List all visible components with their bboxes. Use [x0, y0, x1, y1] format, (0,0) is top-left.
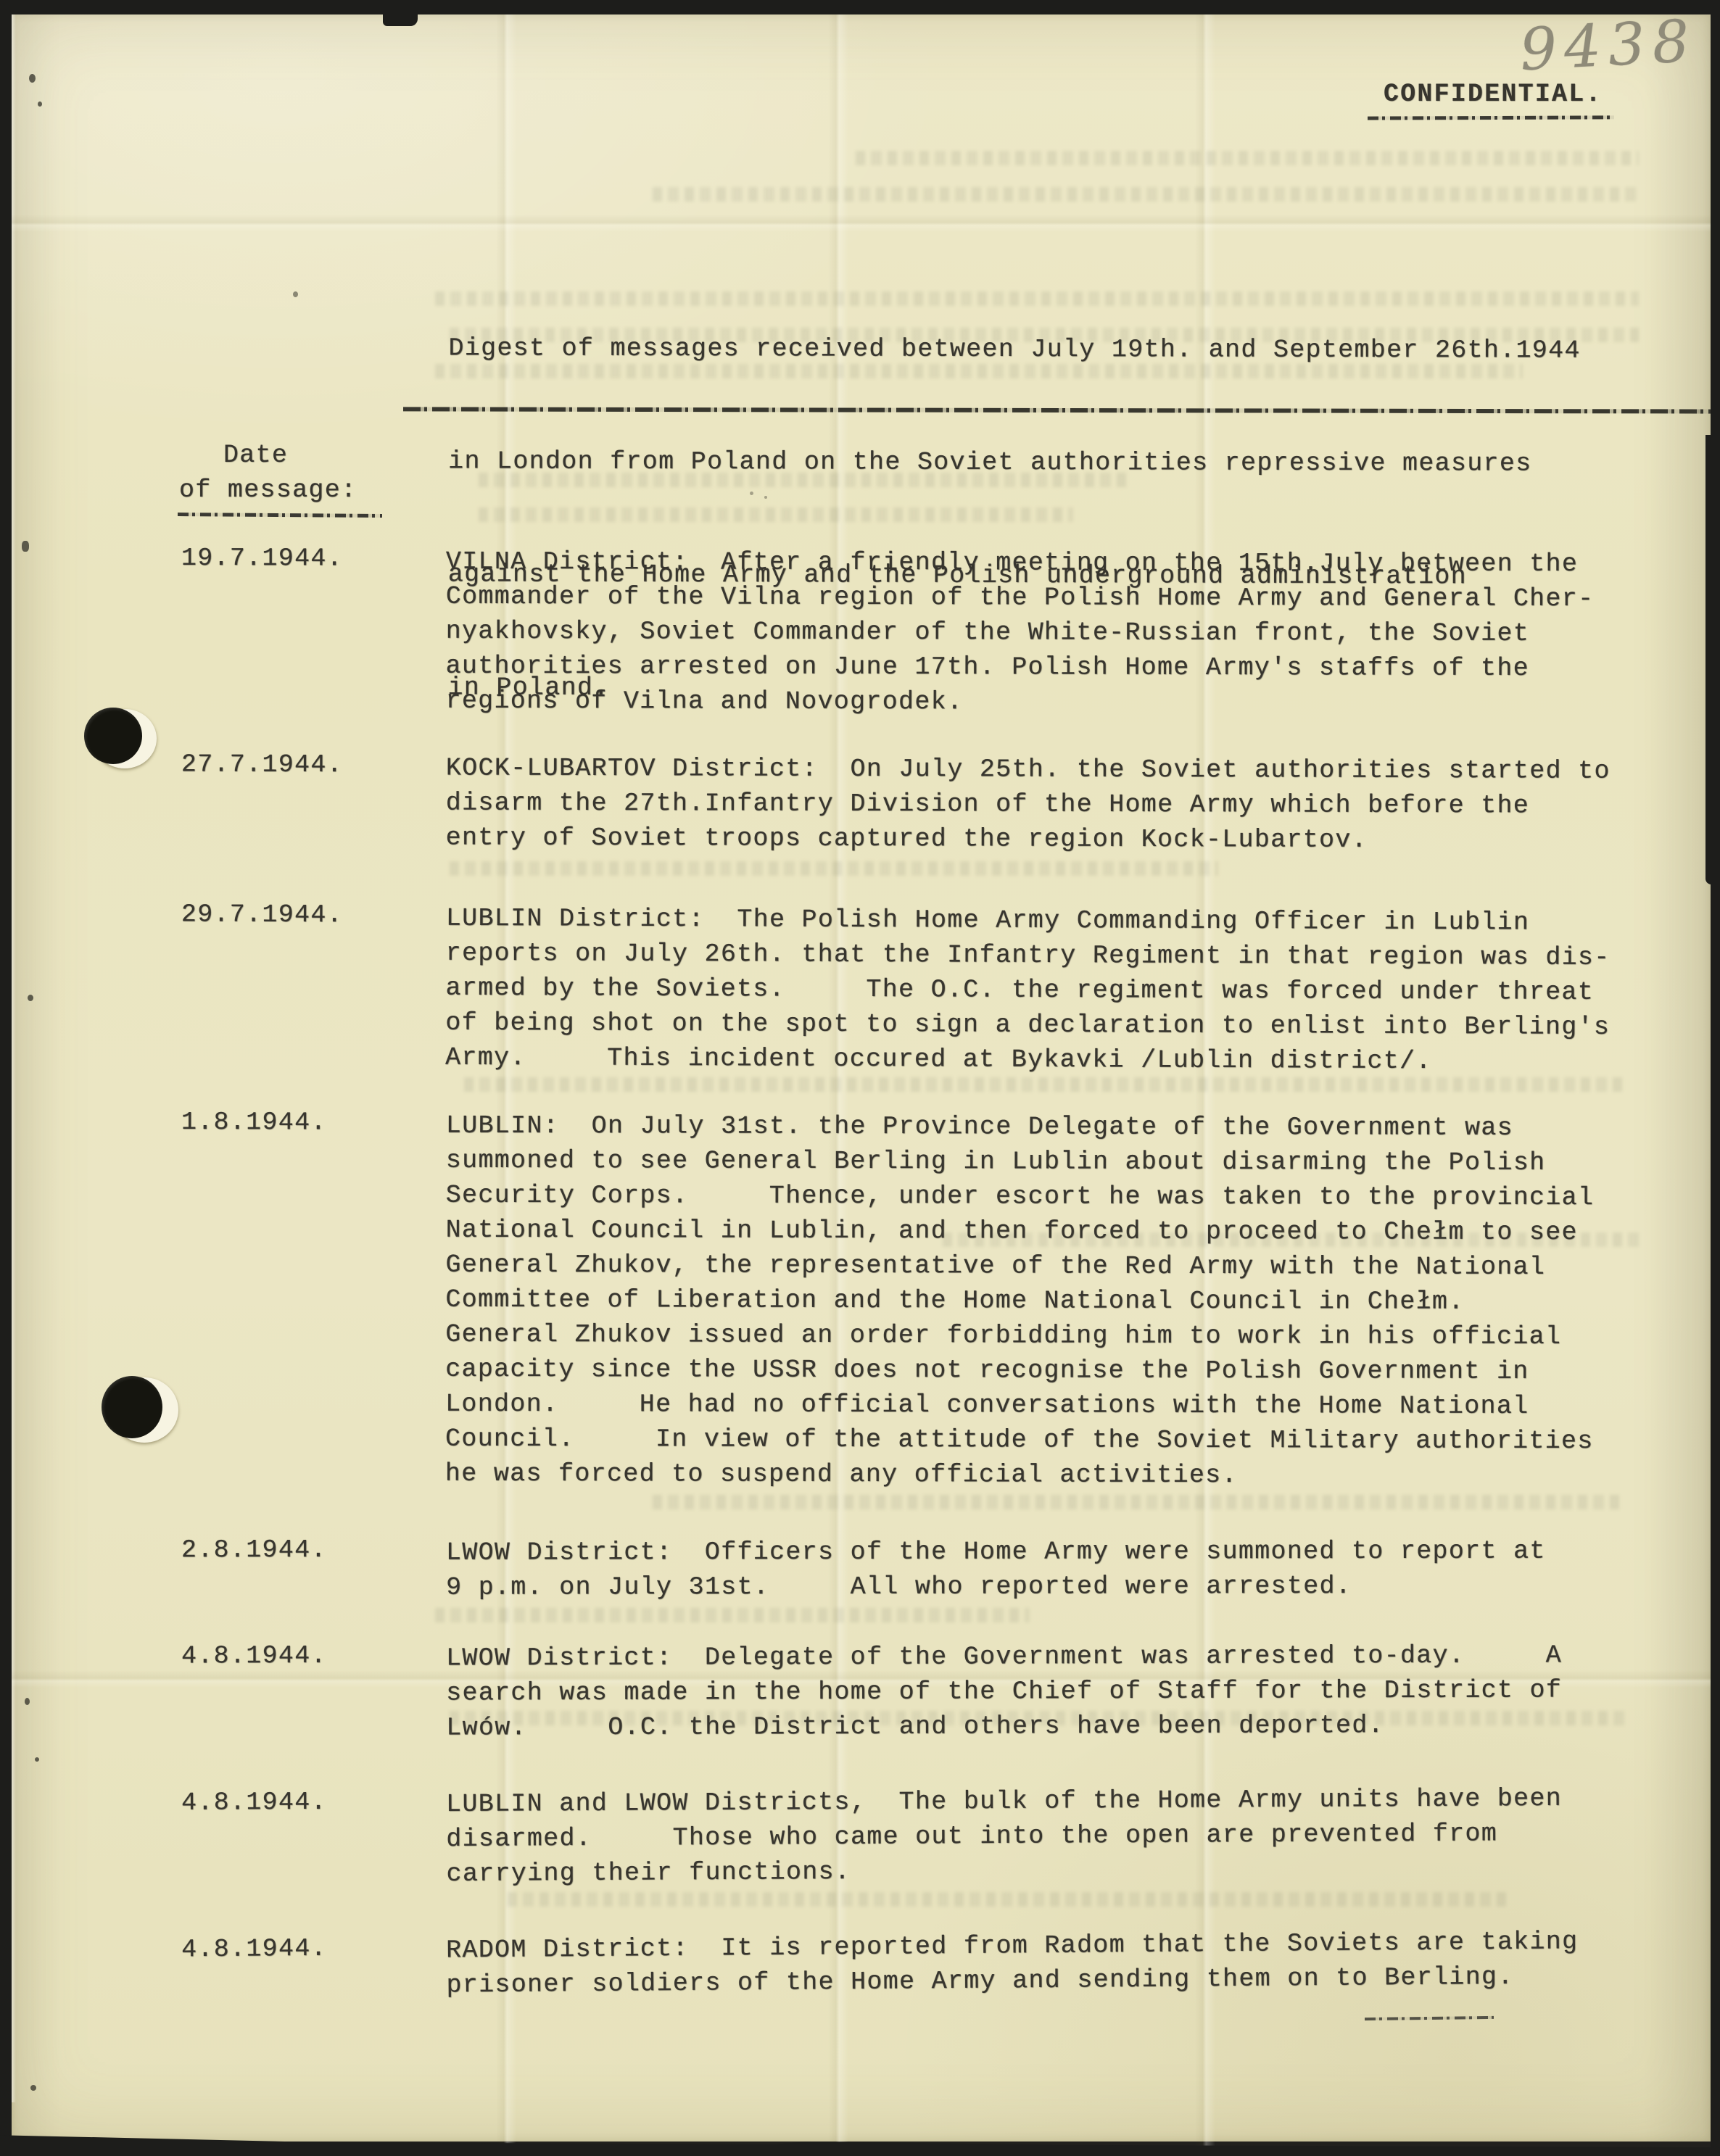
- scan-edge-right: [1711, 0, 1720, 2156]
- staple-mark: [22, 541, 29, 552]
- intro-line: in London from Poland on the Soviet auth…: [448, 442, 1580, 482]
- entry-date: 4.8.1944.: [181, 1788, 327, 1817]
- date-column-header-line1: Date: [223, 441, 288, 470]
- entry-text-line: armed by the Soviets. The O.C. the regim…: [445, 971, 1663, 1010]
- entry-date: 2.8.1944.: [181, 1535, 327, 1564]
- typed-stray-dot: [293, 291, 298, 297]
- entry-text: KOCK-LUBARTOV District: On July 25th. th…: [446, 751, 1664, 858]
- entry-text-line: Commander of the Vilna region of the Pol…: [446, 579, 1664, 617]
- entry-text-line: Army. This incident occured at Bykavki /…: [445, 1040, 1663, 1079]
- entry-text-line: LUBLIN and LWOW Districts, The bulk of t…: [446, 1780, 1664, 1822]
- entry-date: 29.7.1944.: [181, 900, 343, 929]
- edge-speck: [29, 74, 36, 83]
- entry-text-line: regions of Vilna and Novogrodek.: [445, 684, 1663, 721]
- entry-text-line: nyakhovsky, Soviet Commander of the Whit…: [446, 614, 1664, 652]
- edge-speck: [764, 496, 767, 499]
- entry-text-line: General Zhukov issued an order forbiddin…: [445, 1317, 1663, 1355]
- entry-text: LUBLIN: On July 31st. the Province Deleg…: [445, 1108, 1664, 1494]
- intro-line: Digest of messages received between July…: [448, 329, 1580, 369]
- entry-text: LUBLIN and LWOW Districts, The bulk of t…: [446, 1780, 1665, 1891]
- entry-text-line: KOCK-LUBARTOV District: On July 25th. th…: [446, 751, 1664, 789]
- entry-text-line: disarmed. Those who came out into the op…: [446, 1815, 1664, 1857]
- entry-date: 19.7.1944.: [181, 544, 343, 573]
- entry-text-line: Security Corps. Thence, under escort he …: [446, 1178, 1664, 1216]
- entry-text-line: he was forced to suspend any official ac…: [445, 1456, 1663, 1494]
- entry-text: LWOW District: Officers of the Home Army…: [446, 1533, 1664, 1604]
- entry-text-line: Council. In view of the attitude of the …: [445, 1422, 1663, 1459]
- hole-punch: [84, 708, 142, 764]
- entry-text-line: Lwów. O.C. the District and others have …: [446, 1707, 1664, 1745]
- entry-text-line: entry of Soviet troops captured the regi…: [446, 821, 1664, 858]
- edge-speck: [30, 2085, 36, 2091]
- scan-edge-top: [0, 0, 1720, 14]
- entry-text-line: authorities arrested on June 17th. Polis…: [446, 649, 1664, 687]
- entry-text-line: capacity since the USSR does not recogni…: [445, 1352, 1663, 1390]
- entry-text-line: disarm the 27th.Infantry Division of the…: [446, 786, 1664, 824]
- entry-date: 27.7.1944.: [181, 750, 343, 780]
- entry-text-line: LWOW District: Officers of the Home Army…: [446, 1533, 1664, 1570]
- entry-text: LUBLIN District: The Polish Home Army Co…: [445, 901, 1664, 1079]
- edge-speck: [38, 101, 42, 107]
- entry-text-line: summoned to see General Berling in Lubli…: [446, 1143, 1664, 1181]
- scan-edge-left: [0, 0, 12, 2156]
- edge-speck: [35, 1757, 39, 1762]
- edge-speck: [750, 492, 753, 495]
- entry-date: 1.8.1944.: [181, 1108, 327, 1137]
- edge-speck: [25, 1698, 30, 1705]
- entry-text-line: reports on July 26th. that the Infantry …: [446, 936, 1664, 975]
- entry-text-line: General Zhukov, the representative of th…: [445, 1248, 1663, 1285]
- entry-text-line: London. He had no official conversations…: [445, 1387, 1663, 1425]
- entry-text-line: LWOW District: Delegate of the Governmen…: [446, 1638, 1664, 1675]
- scanned-document-page: 9438 CONFIDENTIAL. Digest of messages re…: [0, 0, 1720, 2156]
- entry-text-line: National Council in Lublin, and then for…: [446, 1213, 1664, 1251]
- entry-text-line: search was made in the home of the Chief…: [446, 1672, 1664, 1710]
- entry-text: LWOW District: Delegate of the Governmen…: [446, 1638, 1664, 1745]
- scan-edge-right-wide: [1705, 435, 1720, 884]
- entry-date: 4.8.1944.: [181, 1934, 327, 1965]
- paper-edge-highlight: [12, 14, 16, 2102]
- classification-label: CONFIDENTIAL.: [1384, 80, 1603, 109]
- handwritten-page-number: 9438: [1518, 7, 1698, 84]
- date-column-header-line2: of message:: [179, 476, 357, 505]
- entry-text-line: carrying their functions.: [447, 1850, 1665, 1891]
- entry-text-line: of being shot on the spot to sign a decl…: [445, 1006, 1663, 1045]
- entry-text: RADOM District: It is reported from Rado…: [446, 1923, 1665, 2002]
- entry-date: 4.8.1944.: [181, 1641, 327, 1671]
- edge-speck: [28, 995, 33, 1001]
- scan-edge-notch: [383, 0, 418, 26]
- entry-text-line: Committee of Liberation and the Home Nat…: [445, 1282, 1663, 1320]
- entry-text-line: LUBLIN: On July 31st. the Province Deleg…: [446, 1108, 1664, 1146]
- entry-text-line: 9 p.m. on July 31st. All who reported we…: [446, 1568, 1664, 1604]
- hole-punch: [102, 1376, 162, 1438]
- entry-text-line: VILNA District: After a friendly meeting…: [446, 544, 1664, 582]
- entry-text: VILNA District: After a friendly meeting…: [445, 544, 1663, 721]
- entry-text-line: LUBLIN District: The Polish Home Army Co…: [446, 901, 1664, 940]
